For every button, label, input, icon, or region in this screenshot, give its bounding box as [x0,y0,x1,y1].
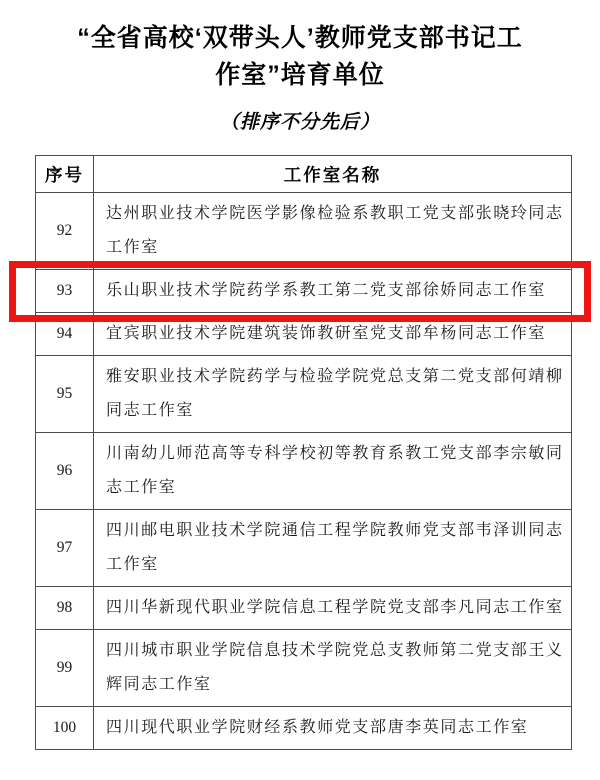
table-header-row: 序号 工作室名称 [36,156,572,193]
table-row: 100四川现代职业学院财经系教师党支部唐李英同志工作室 [36,707,572,750]
column-header-number: 序号 [36,156,94,193]
page-title: “全省高校‘双带头人’教师党支部书记工作室”培育单位 [0,0,600,94]
document-header: “全省高校‘双带头人’教师党支部书记工作室”培育单位 （排序不分先后） [0,0,600,134]
workshop-name: 四川城市职业学院信息技术学院党总支教师第二党支部王义辉同志工作室 [94,630,572,707]
workshop-name: 达州职业技术学院医学影像检验系教职工党支部张晓玲同志工作室 [94,193,572,270]
table-row: 94宜宾职业技术学院建筑装饰教研室党支部牟杨同志工作室 [36,313,572,356]
table-row: 96川南幼儿师范高等专科学校初等教育系教工党支部李宗敏同志工作室 [36,433,572,510]
page-title-line2: 作室”培育单位 [215,61,385,89]
row-number: 96 [36,433,94,510]
table-row: 99四川城市职业学院信息技术学院党总支教师第二党支部王义辉同志工作室 [36,630,572,707]
row-number: 100 [36,707,94,750]
row-number: 94 [36,313,94,356]
row-number: 98 [36,587,94,630]
page-subtitle: （排序不分先后） [0,107,600,134]
workshop-name: 宜宾职业技术学院建筑装饰教研室党支部牟杨同志工作室 [94,313,572,356]
row-number: 97 [36,510,94,587]
table-row-highlighted: 93乐山职业技术学院药学系教工第二党支部徐娇同志工作室 [36,270,572,313]
row-number: 95 [36,356,94,433]
document-page: “全省高校‘双带头人’教师党支部书记工作室”培育单位 （排序不分先后） 序号 工… [0,0,600,780]
page-title-line1: “全省高校‘双带头人’教师党支部书记工 [77,24,522,52]
workshop-name: 四川华新现代职业学院信息工程学院党支部李凡同志工作室 [94,587,572,630]
workshop-name: 乐山职业技术学院药学系教工第二党支部徐娇同志工作室 [94,270,572,313]
workshop-name: 四川现代职业学院财经系教师党支部唐李英同志工作室 [94,707,572,750]
workshop-name: 四川邮电职业技术学院通信工程学院教师党支部韦泽训同志工作室 [94,510,572,587]
row-number: 99 [36,630,94,707]
workshop-name: 川南幼儿师范高等专科学校初等教育系教工党支部李宗敏同志工作室 [94,433,572,510]
column-header-workshop-name: 工作室名称 [94,156,572,193]
row-number: 92 [36,193,94,270]
table-row: 98四川华新现代职业学院信息工程学院党支部李凡同志工作室 [36,587,572,630]
row-number: 93 [36,270,94,313]
table-row: 95雅安职业技术学院药学与检验学院党总支第二党支部何靖柳同志工作室 [36,356,572,433]
workshop-table: 序号 工作室名称 92达州职业技术学院医学影像检验系教职工党支部张晓玲同志工作室… [35,155,572,750]
table-row: 92达州职业技术学院医学影像检验系教职工党支部张晓玲同志工作室 [36,193,572,270]
workshop-name: 雅安职业技术学院药学与检验学院党总支第二党支部何靖柳同志工作室 [94,356,572,433]
table-row: 97四川邮电职业技术学院通信工程学院教师党支部韦泽训同志工作室 [36,510,572,587]
table-header: 序号 工作室名称 [36,156,572,193]
table-body: 92达州职业技术学院医学影像检验系教职工党支部张晓玲同志工作室93乐山职业技术学… [36,193,572,750]
